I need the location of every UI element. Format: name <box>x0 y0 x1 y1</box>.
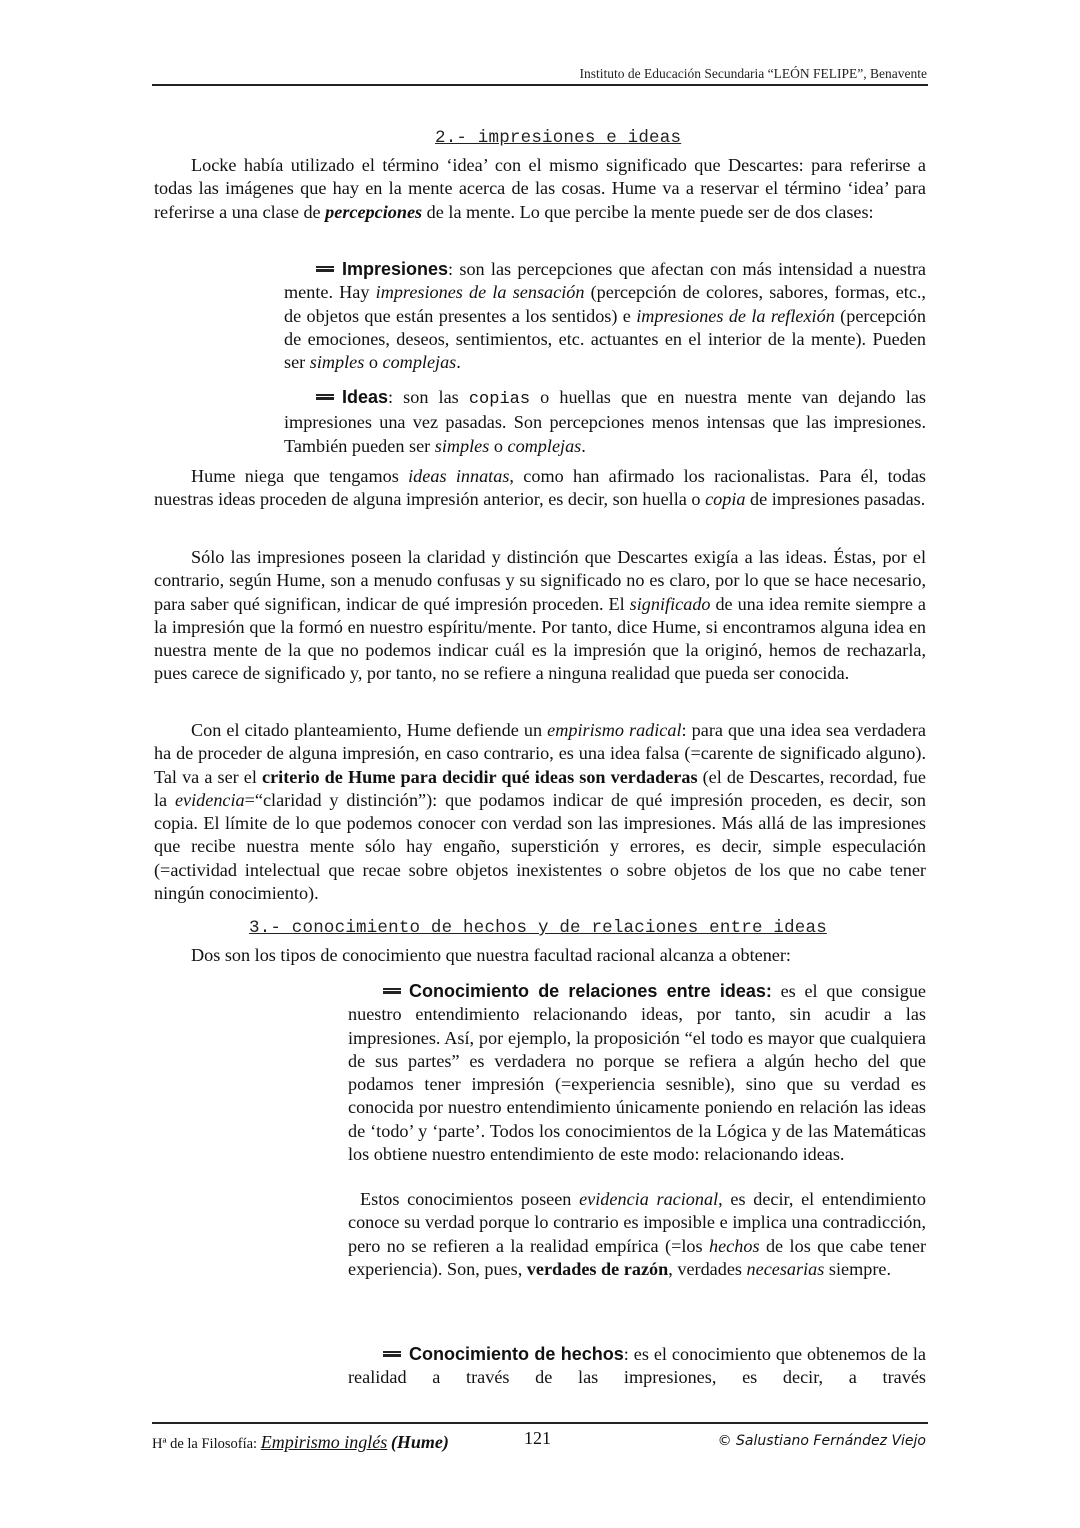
emphasis: necesarias <box>747 1259 825 1279</box>
emphasis: percepciones <box>325 202 422 222</box>
bullet-ideas: Ideas: son las copias o huellas que en n… <box>284 386 926 458</box>
text: Hume niega que tengamos <box>191 466 408 486</box>
copyright: © Salustiano Fernández Viejo <box>718 1433 926 1449</box>
document-page: Instituto de Educación Secundaria “LEÓN … <box>0 0 1080 1528</box>
double-dash-bullet-icon <box>383 1351 401 1356</box>
emphasis: copia <box>705 489 745 509</box>
text: o <box>364 352 382 372</box>
bullet-impresiones: Impresiones: son las percepciones que af… <box>284 258 926 374</box>
text: de la mente. Lo que percibe la mente pue… <box>422 202 873 222</box>
bold-text: verdades de razón <box>527 1259 668 1279</box>
text: es el que consigue nuestro entendimiento… <box>348 981 926 1164</box>
text: =“claridad y distinción”): que podamos i… <box>154 790 926 903</box>
text: , verdades <box>668 1259 746 1279</box>
text: Estos conocimientos poseen <box>360 1189 579 1209</box>
bullet-relaciones-entre-ideas: Conocimiento de relaciones entre ideas: … <box>348 980 926 1166</box>
text: . <box>456 352 461 372</box>
text: : son las <box>388 387 469 407</box>
double-dash-bullet-icon <box>383 988 401 993</box>
text: de impresiones pasadas. <box>745 489 925 509</box>
emphasis: hechos <box>709 1236 760 1256</box>
paragraph-claridad: Sólo las impresiones poseen la claridad … <box>154 546 926 686</box>
double-dash-bullet-icon <box>316 394 334 399</box>
paragraph-ideas-innatas: Hume niega que tengamos ideas innatas, c… <box>154 465 926 512</box>
emphasis: impresiones de la reflexión <box>636 306 835 326</box>
emphasis: simples <box>310 352 365 372</box>
footer-prefix: Hª de la Filosofía: <box>152 1436 261 1452</box>
term: Ideas <box>342 387 388 407</box>
section-title-3: 3.- conocimiento de hechos y de relacion… <box>249 918 827 938</box>
page-number: 121 <box>524 1428 551 1449</box>
footer-subject: Empirismo inglés <box>261 1432 388 1452</box>
emphasis: ideas innatas <box>408 466 509 486</box>
footer-author-topic: (Hume) <box>391 1432 449 1452</box>
section-title-2: 2.- impresiones e ideas <box>435 128 681 148</box>
footer-course: Hª de la Filosofía: Empirismo inglés (Hu… <box>152 1432 449 1453</box>
text: o <box>489 436 507 456</box>
text: siempre. <box>824 1259 891 1279</box>
monospace-term: copias <box>469 390 530 409</box>
term: Conocimiento de hechos <box>409 1344 624 1364</box>
paragraph-tipos-conocimiento: Dos son los tipos de conocimiento que nu… <box>191 944 926 967</box>
emphasis: impresiones de la sensación <box>376 282 585 302</box>
text: . <box>581 436 586 456</box>
page-footer: Hª de la Filosofía: Empirismo inglés (Hu… <box>152 1428 928 1454</box>
double-dash-bullet-icon <box>316 266 334 271</box>
paragraph-empirismo-radical: Con el citado planteamiento, Hume defien… <box>154 719 926 905</box>
term: Conocimiento de relaciones entre ideas: <box>409 981 772 1001</box>
header-rule <box>152 84 928 86</box>
paragraph-intro: Locke había utilizado el término ‘idea’ … <box>154 154 926 224</box>
emphasis: evidencia <box>175 790 245 810</box>
paragraph-evidencia-racional: Estos conocimientos poseen evidencia rac… <box>348 1188 926 1281</box>
term: Impresiones <box>342 259 448 279</box>
page-header: Instituto de Educación Secundaria “LEÓN … <box>579 66 927 82</box>
emphasis: evidencia racional <box>579 1189 718 1209</box>
footer-rule <box>152 1422 928 1424</box>
text: Con el citado planteamiento, Hume defien… <box>191 720 547 740</box>
emphasis: complejas <box>508 436 582 456</box>
emphasis: empirismo radical <box>547 720 681 740</box>
emphasis: significado <box>630 594 711 614</box>
emphasis: complejas <box>383 352 457 372</box>
emphasis: simples <box>435 436 490 456</box>
bold-text: criterio de Hume para decidir qué ideas … <box>262 767 698 787</box>
bullet-conocimiento-de-hechos: Conocimiento de hechos: es el conocimien… <box>348 1343 926 1390</box>
